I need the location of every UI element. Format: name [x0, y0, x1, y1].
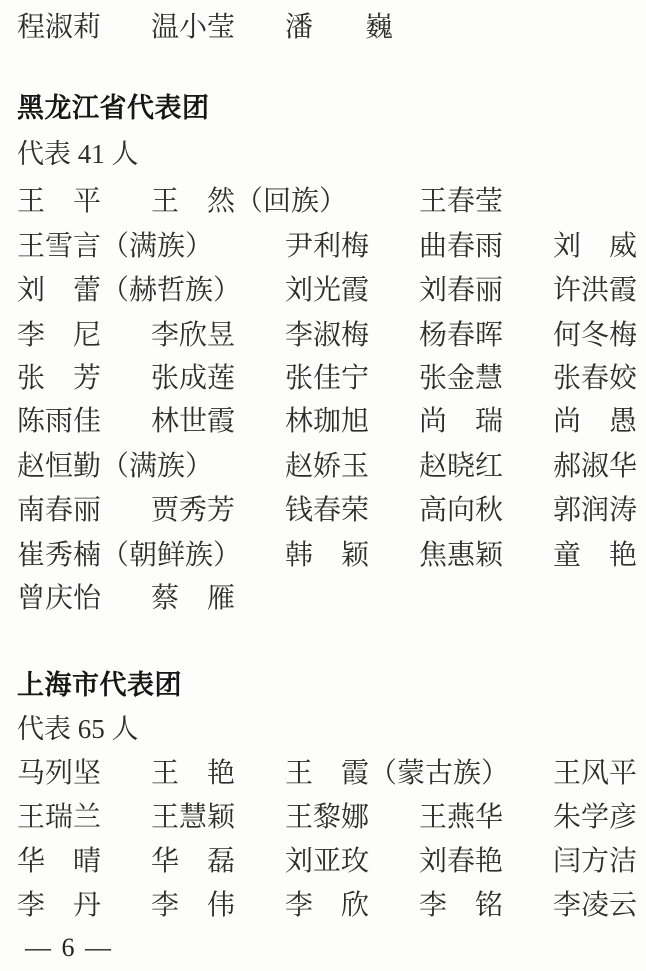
- delegate-name: 曲春雨: [419, 232, 503, 262]
- delegate-name: 李 尼: [17, 321, 101, 351]
- delegate-name: 王雪言（满族）: [17, 232, 235, 262]
- delegate-name: 刘春丽: [419, 276, 503, 306]
- delegate-row: 王 平 王 然（回族） 王春莹: [17, 187, 639, 217]
- delegate-row: 曾庆怡 蔡 雁: [17, 584, 639, 614]
- delegate-name: 王风平: [553, 759, 637, 789]
- delegate-name: 尚 愚: [553, 407, 637, 437]
- delegate-name: 曾庆怡: [17, 584, 101, 614]
- delegate-name: 华 晴: [17, 847, 101, 877]
- delegate-row: 南春丽 贾秀芳 钱春荣 高向秋 郭润涛: [17, 496, 639, 526]
- delegate-name: 赵晓红: [419, 452, 503, 482]
- delegate-name: 朱学彦: [553, 803, 637, 833]
- delegate-count: 代表 41 人: [17, 139, 139, 169]
- delegate-row: 王瑞兰 王慧颖 王黎娜 王燕华 朱学彦: [17, 803, 639, 833]
- delegate-name: 郭润涛: [553, 496, 637, 526]
- delegate-name: 王瑞兰: [17, 803, 101, 833]
- delegate-row: 王雪言（满族） 尹利梅 曲春雨 刘 威: [17, 232, 639, 262]
- delegate-name: 李 丹: [17, 891, 101, 921]
- delegate-row: 陈雨佳 林世霞 林珈旭 尚 瑞 尚 愚: [17, 407, 639, 437]
- delegate-name: 刘亚玫: [285, 847, 369, 877]
- delegate-name: 李 铭: [419, 891, 503, 921]
- delegate-name: 刘 威: [553, 232, 637, 262]
- delegate-name: 李淑梅: [285, 321, 369, 351]
- delegate-count: 代表 65 人: [17, 714, 139, 744]
- delegate-name: 李欣昱: [151, 321, 235, 351]
- delegate-name: 张成莲: [151, 364, 235, 394]
- delegate-name: 郝淑华: [553, 452, 637, 482]
- delegate-row: 李 尼 李欣昱 李淑梅 杨春晖 何冬梅: [17, 321, 639, 351]
- delegate-name: 王燕华: [419, 803, 503, 833]
- delegate-name: 杨春晖: [419, 321, 503, 351]
- delegate-name: 刘光霞: [285, 276, 369, 306]
- delegate-name: 焦惠颖: [419, 541, 503, 571]
- delegate-name: 李凌云: [553, 891, 637, 921]
- delegate-name: 张金慧: [419, 364, 503, 394]
- delegate-name: 刘 蕾（赫哲族）: [17, 276, 235, 306]
- delegate-name: 张佳宁: [285, 364, 369, 394]
- delegate-name: 王 平: [17, 187, 101, 217]
- delegate-name: 马列坚: [17, 759, 101, 789]
- delegate-name: 林世霞: [151, 407, 235, 437]
- delegate-name: 张 芳: [17, 364, 101, 394]
- delegate-name: 赵娇玉: [285, 452, 369, 482]
- delegate-row: 李 丹 李 伟 李 欣 李 铭 李凌云: [17, 891, 639, 921]
- delegate-row: 刘 蕾（赫哲族） 刘光霞 刘春丽 许洪霞: [17, 276, 639, 306]
- delegate-name: 王 霞（蒙古族）: [285, 759, 503, 789]
- delegate-name: 赵恒勤（满族）: [17, 452, 235, 482]
- delegate-name: 贾秀芳: [151, 496, 235, 526]
- delegate-row: 马列坚 王 艳 王 霞（蒙古族） 王风平: [17, 759, 639, 789]
- delegate-name: 崔秀楠（朝鲜族）: [17, 541, 235, 571]
- delegate-row: 崔秀楠（朝鲜族） 韩 颖 焦惠颖 童 艳: [17, 541, 639, 571]
- delegate-name: 程淑莉: [17, 13, 101, 43]
- delegate-name: 王 然（回族）: [151, 187, 369, 217]
- delegate-name: 华 磊: [151, 847, 235, 877]
- delegate-row: 程淑莉 温小莹 潘 巍: [17, 13, 639, 43]
- delegate-name: 尹利梅: [285, 232, 369, 262]
- delegate-name: 潘 巍: [285, 13, 369, 43]
- delegate-name: 张春姣: [553, 364, 637, 394]
- delegate-name: 何冬梅: [553, 321, 637, 351]
- delegate-row: 赵恒勤（满族） 赵娇玉 赵晓红 郝淑华: [17, 452, 639, 482]
- delegate-name: 闫方洁: [553, 847, 637, 877]
- delegation-title-heilongjiang: 黑龙江省代表团: [17, 93, 210, 123]
- delegate-name: 王 艳: [151, 759, 235, 789]
- delegate-name: 王春莹: [419, 187, 503, 217]
- delegate-name: 高向秋: [419, 496, 503, 526]
- document-page: 程淑莉 温小莹 潘 巍 黑龙江省代表团 代表 41 人 王 平 王 然（回族） …: [0, 0, 646, 971]
- delegate-row: 华 晴 华 磊 刘亚玫 刘春艳 闫方洁: [17, 847, 639, 877]
- delegate-name-justified: 潘 巍: [285, 13, 393, 43]
- delegate-name: 许洪霞: [553, 276, 637, 306]
- delegate-name: 刘春艳: [419, 847, 503, 877]
- delegate-name: 王慧颖: [151, 803, 235, 833]
- delegate-row: 张 芳 张成莲 张佳宁 张金慧 张春姣: [17, 364, 639, 394]
- delegation-title-shanghai: 上海市代表团: [17, 670, 182, 700]
- delegate-name: 温小莹: [151, 13, 235, 43]
- delegate-name: 钱春荣: [285, 496, 369, 526]
- delegate-name: 王黎娜: [285, 803, 369, 833]
- page-number: — 6 —: [25, 934, 113, 962]
- delegate-name: 陈雨佳: [17, 407, 101, 437]
- delegate-name: 童 艳: [553, 541, 637, 571]
- delegate-name: 李 欣: [285, 891, 369, 921]
- delegate-name: 蔡 雁: [151, 584, 235, 614]
- delegate-name: 李 伟: [151, 891, 235, 921]
- delegate-name: 尚 瑞: [419, 407, 503, 437]
- delegate-name: 林珈旭: [285, 407, 369, 437]
- delegate-name: 南春丽: [17, 496, 101, 526]
- delegate-name: 韩 颖: [285, 541, 369, 571]
